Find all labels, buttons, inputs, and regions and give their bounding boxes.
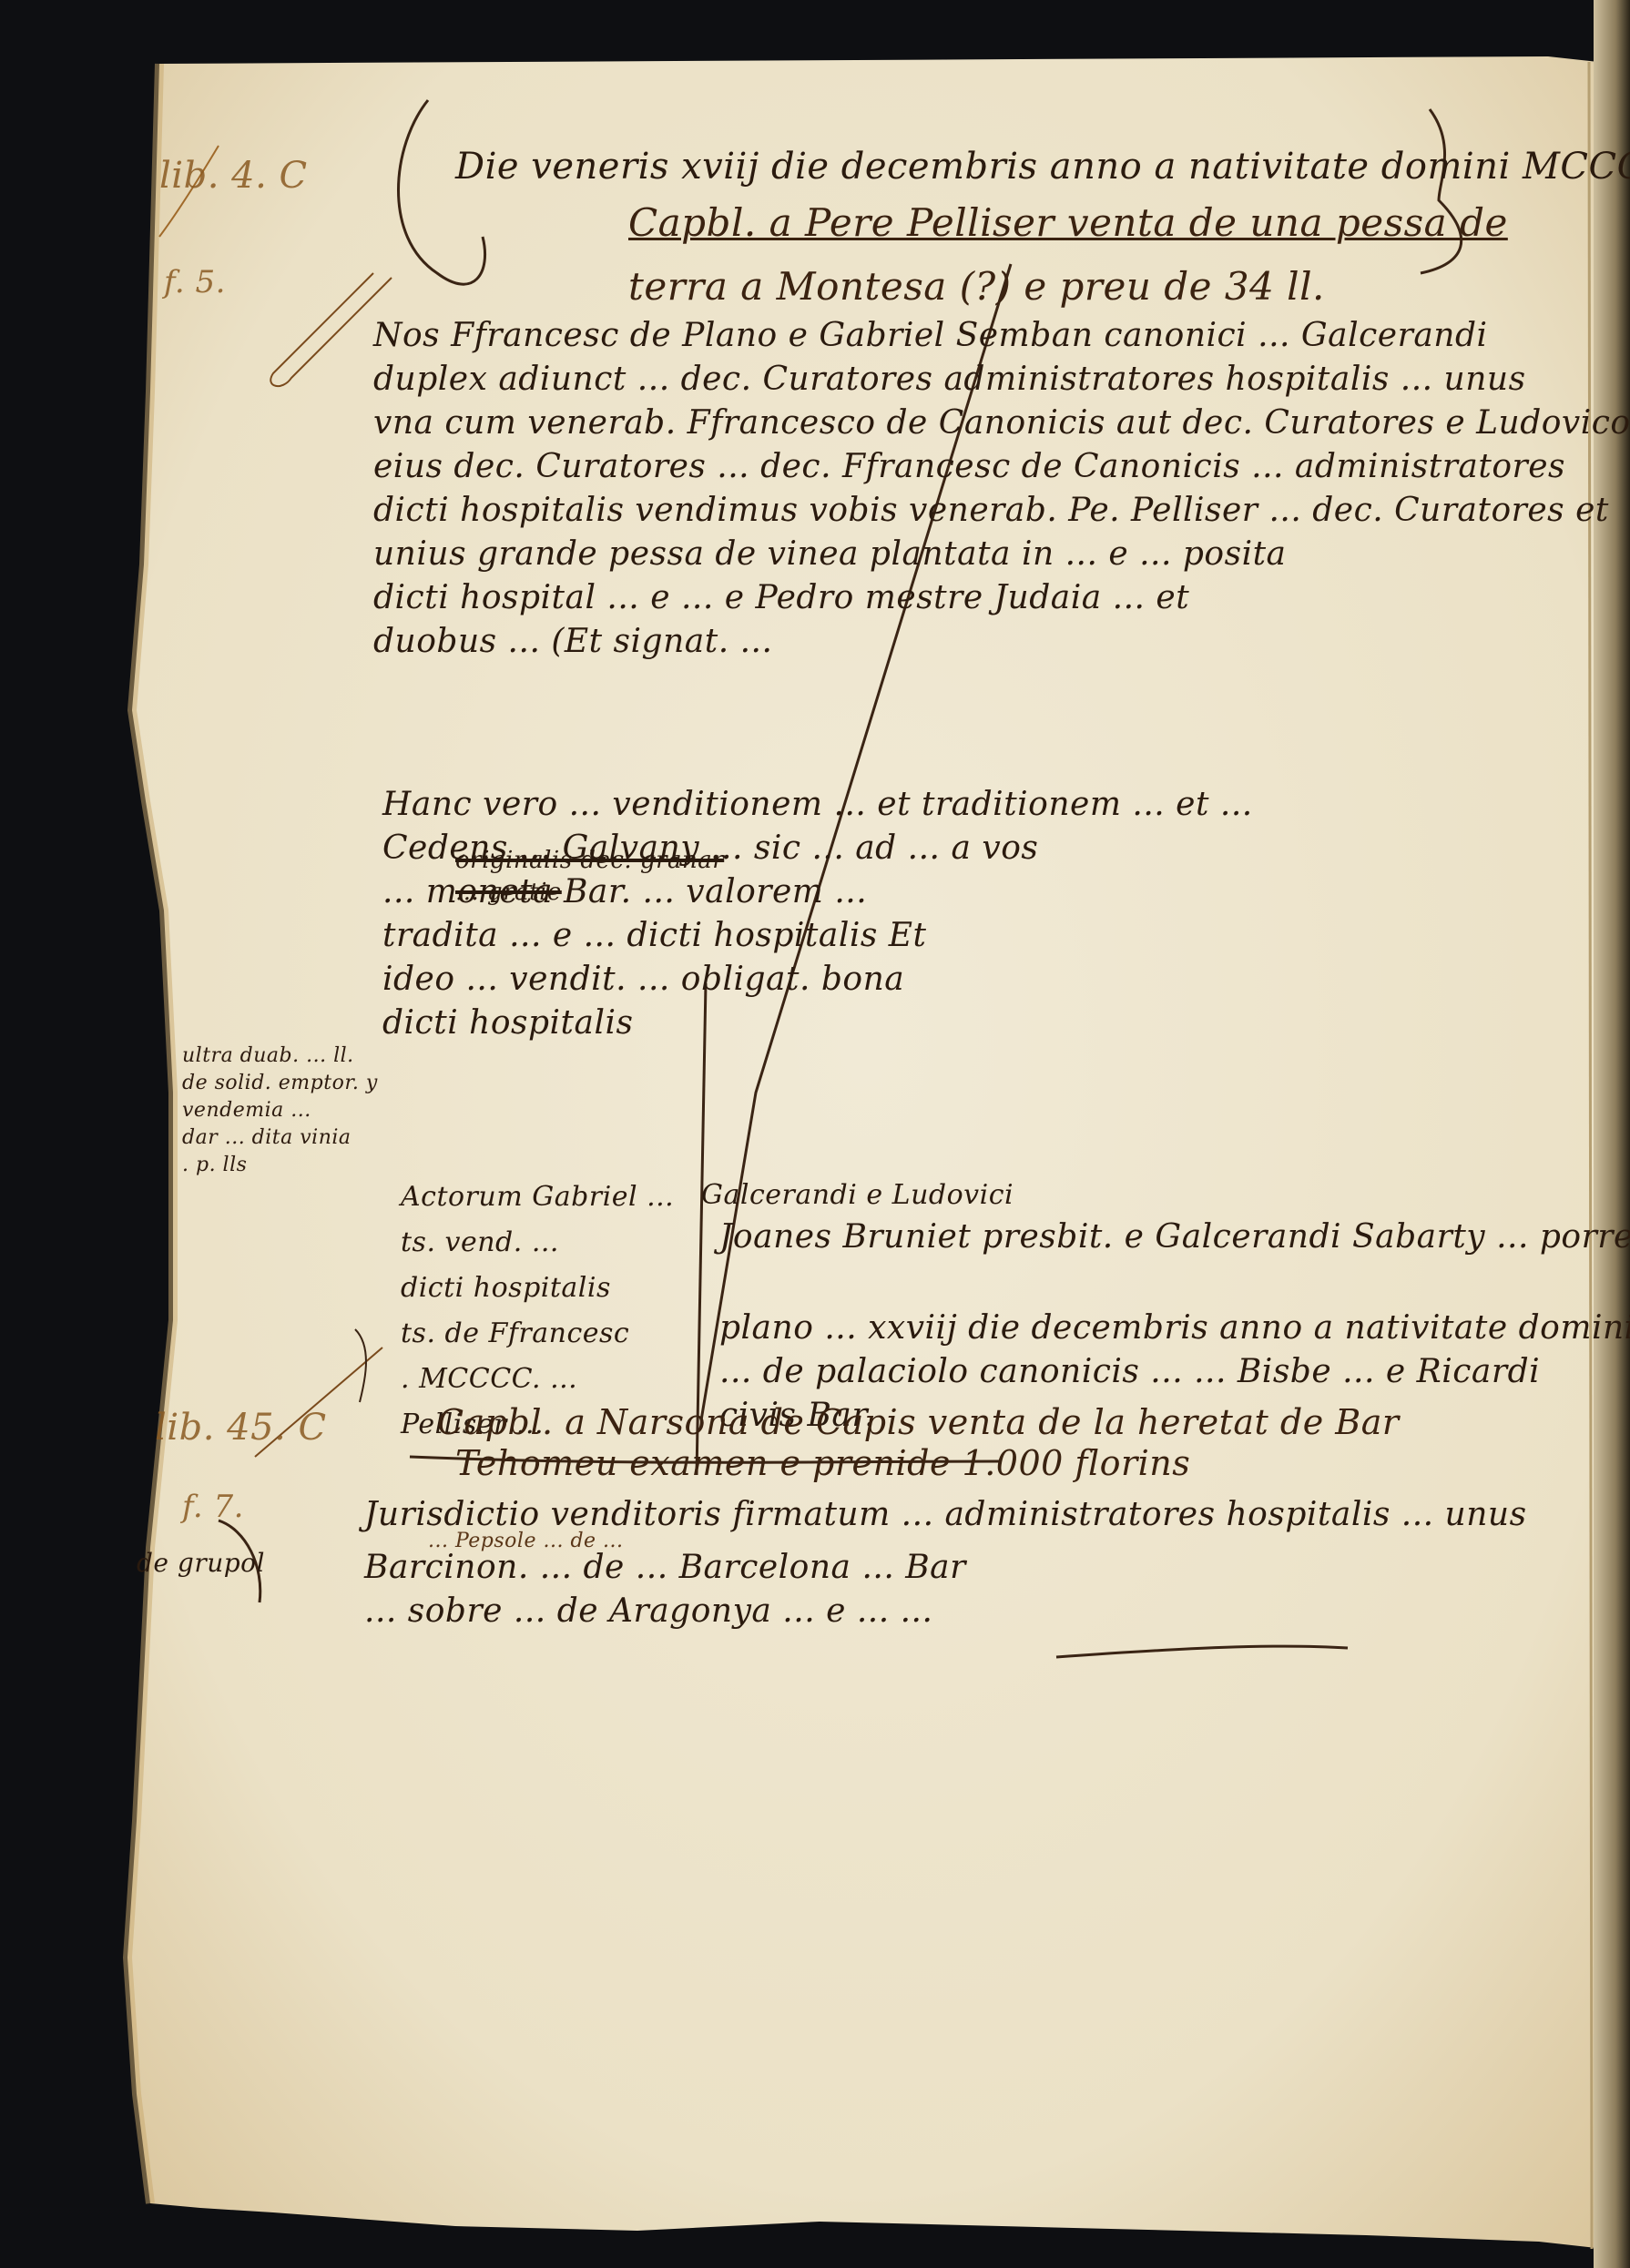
- margin-note-line: . p. lls: [182, 1152, 378, 1179]
- date-line: Die veneris xviij die decembris anno a n…: [455, 146, 1630, 188]
- entry-1-paragraph: Nos Ffrancesc de Plano e Gabriel Semban …: [373, 314, 1630, 664]
- text-line: dicti hospital ... e ... e Pedro mestre …: [373, 576, 1630, 620]
- margin-reference-2: lib. 45. C: [155, 1407, 327, 1449]
- text-line: Hanc vero ... venditionem ... et traditi…: [382, 783, 1253, 827]
- text-line: Barcinon. ... de ... Barcelona ... Bar: [364, 1546, 1527, 1590]
- entry-2-paragraph: Hanc vero ... venditionem ... et traditi…: [382, 783, 1253, 1045]
- text-line: ... sobre ... de Aragonya ... e ... ...: [364, 1590, 1527, 1633]
- margin-folio-1: f. 5.: [164, 264, 226, 300]
- text-line: Nos Ffrancesc de Plano e Gabriel Semban …: [373, 314, 1630, 358]
- text-line: dicti hospitalis: [401, 1266, 674, 1311]
- text-line: dicti hospitalis: [382, 1002, 1253, 1045]
- margin-note-line: vendemia ...: [182, 1097, 378, 1124]
- text-line: tradita ... e ... dicti hospitalis Et: [382, 914, 1253, 958]
- text-line: Joanes Bruniet presbit. e Galcerandi Sab…: [719, 1215, 1630, 1259]
- later-note-2: Tehomeu examen e prenide 1.000 florins: [455, 1443, 1190, 1483]
- margin-note-line: dar ... dita vinia: [182, 1124, 378, 1152]
- text-line: unius grande pessa de vinea plantata in …: [373, 533, 1630, 576]
- text-line: duplex adiunct ... dec. Curatores admini…: [373, 358, 1630, 402]
- text-line: vna cum venerab. Ffrancesco de Canonicis…: [373, 402, 1630, 445]
- entry-title-line-2: terra a Montesa (?) e preu de 34 ll.: [628, 264, 1325, 309]
- margin-reference-1: lib. 4. C: [159, 155, 308, 197]
- text-line: dicti hospitalis vendimus vobis venerab.…: [373, 489, 1630, 533]
- manuscript-page: Die veneris xviij die decembris anno a n…: [0, 0, 1630, 2268]
- text-line: ts. vend. ...: [401, 1220, 674, 1266]
- margin-note-line: ultra duab. ... ll.: [182, 1042, 378, 1070]
- text-line: eius dec. Curatores ... dec. Ffrancesc d…: [373, 445, 1630, 489]
- margin-note-grupol: de grupol: [137, 1548, 265, 1578]
- text-line: plano ... xxviij die decembris anno a na…: [719, 1307, 1630, 1350]
- text-line: ideo ... vendit. ... obligat. bona: [382, 958, 1253, 1002]
- margin-note-line: de solid. emptor. y: [182, 1070, 378, 1097]
- text-line: ... de palaciolo canonicis ... ... Bisbe…: [719, 1350, 1630, 1394]
- entry-4-paragraph: Jurisdictio venditoris firmatum ... admi…: [364, 1493, 1527, 1633]
- text-line: . MCCCC. ...: [401, 1357, 674, 1402]
- struck-text: ... gratie: [455, 879, 562, 906]
- text-line: Actorum Gabriel ...: [401, 1175, 674, 1220]
- margin-folio-2: f. 7.: [182, 1489, 244, 1525]
- entry-title-line-1: Capbl. a Pere Pelliser venta de una pess…: [628, 200, 1508, 245]
- interlinear-note: Galcerandi e Ludovici: [701, 1179, 1014, 1211]
- later-note-1: Capbl. a Narsona de Capis venta de la he…: [437, 1402, 1400, 1442]
- struck-text: originalis dec. granar: [455, 847, 724, 874]
- text-line: ts. de Ffrancesc: [401, 1311, 674, 1357]
- interlinear-note: ... Pepsole ... de ...: [428, 1530, 624, 1552]
- text-line: duobus ... (Et signat. ...: [373, 620, 1630, 664]
- margin-note: ultra duab. ... ll. de solid. emptor. y …: [182, 1042, 378, 1179]
